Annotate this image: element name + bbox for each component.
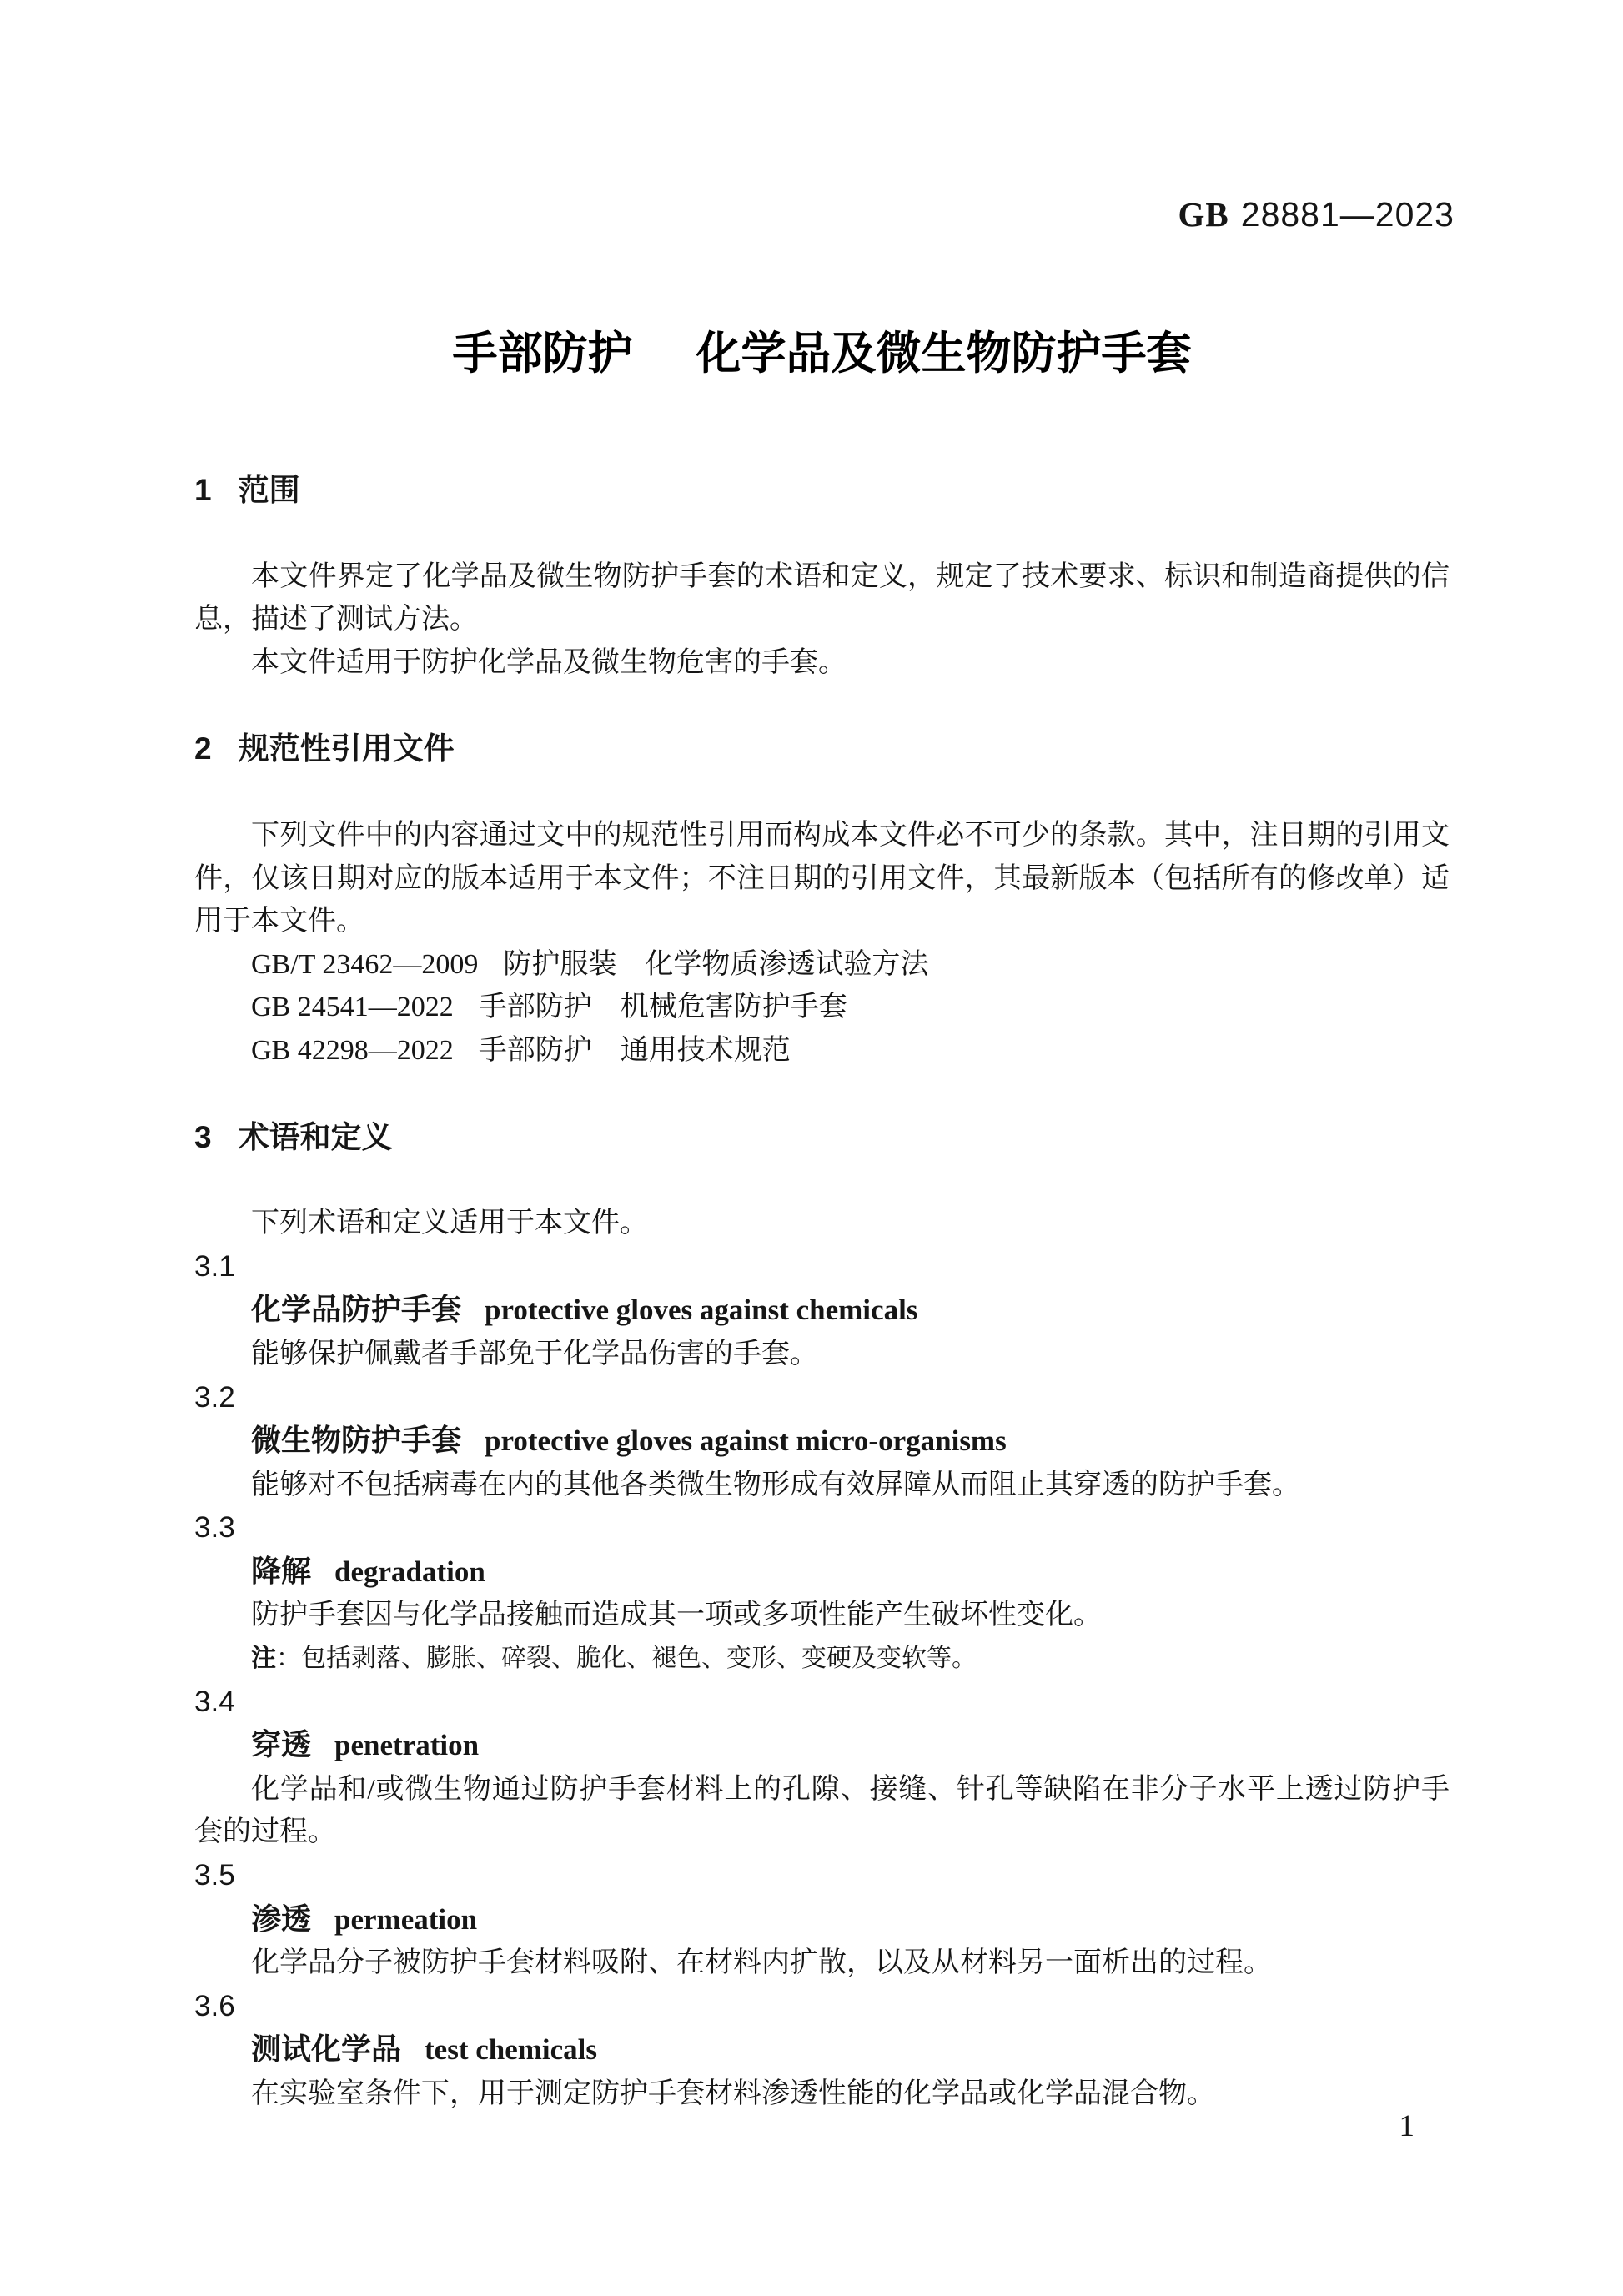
section-2-heading: 2规范性引用文件	[194, 727, 1450, 771]
term-3-4-number: 3.4	[194, 1681, 1450, 1724]
document-body: 1范围 本文件界定了化学品及微生物防护手套的术语和定义，规定了技术要求、标识和制…	[194, 469, 1450, 2116]
section-3-intro: 下列术语和定义适用于本文件。	[194, 1202, 1450, 1245]
term-3-4-zh: 穿透	[251, 1727, 311, 1761]
term-3-3-en: degradation	[334, 1555, 485, 1588]
reference-code: GB 24541—2022	[251, 992, 454, 1022]
reference-title: 手部防护 机械危害防护手套	[479, 992, 847, 1022]
term-3-3-heading: 降解degradation	[194, 1550, 1450, 1595]
term-3-3-note: 注：包括剥落、膨胀、碎裂、脆化、褪色、变形、变硬及变软等。	[194, 1637, 1450, 1681]
term-3-3-definition: 防护手套因与化学品接触而造成其一项或多项性能产生破坏性变化。	[194, 1594, 1450, 1637]
section-1-number: 1	[194, 473, 212, 507]
section-3-heading: 3术语和定义	[194, 1116, 1450, 1159]
reference-title: 手部防护 通用技术规范	[479, 1035, 791, 1066]
term-3-6-zh: 测试化学品	[251, 2032, 401, 2066]
term-3-6-definition: 在实验室条件下，用于测定防护手套材料渗透性能的化学品或化学品混合物。	[194, 2072, 1450, 2116]
reference-item: GB 24541—2022手部防护 机械危害防护手套	[194, 986, 1450, 1029]
term-3-1-definition: 能够保护佩戴者手部免于化学品伤害的手套。	[194, 1333, 1450, 1376]
term-3-1-number: 3.1	[194, 1245, 1450, 1289]
note-text: ：包括剥落、膨胀、碎裂、脆化、褪色、变形、变硬及变软等。	[276, 1645, 977, 1672]
term-3-2-number: 3.2	[194, 1376, 1450, 1419]
section-2-title: 规范性引用文件	[239, 731, 455, 766]
term-3-2-heading: 微生物防护手套protective gloves against micro-o…	[194, 1419, 1450, 1464]
reference-item: GB/T 23462—2009防护服装 化学物质渗透试验方法	[194, 943, 1450, 987]
term-3-4-heading: 穿透penetration	[194, 1723, 1450, 1768]
section-1-title: 范围	[239, 473, 300, 507]
term-3-3-zh: 降解	[251, 1554, 311, 1588]
term-3-5-en: permeation	[334, 1903, 477, 1936]
term-3-4-definition: 化学品和/或微生物通过防护手套材料上的孔隙、接缝、针孔等缺陷在非分子水平上透过防…	[194, 1768, 1450, 1854]
term-3-3-number: 3.3	[194, 1506, 1450, 1550]
standard-code-prefix: GB	[1178, 195, 1229, 234]
standard-code-number: 28881—2023	[1241, 195, 1455, 234]
document-title-part2: 化学品及微生物防护手套	[696, 329, 1192, 379]
term-3-1-heading: 化学品防护手套protective gloves against chemica…	[194, 1288, 1450, 1333]
term-3-2-zh: 微生物防护手套	[251, 1423, 461, 1457]
section-2-number: 2	[194, 731, 212, 766]
document-title: 手部防护化学品及微生物防护手套	[194, 326, 1450, 381]
page-number: 1	[1399, 2105, 1415, 2148]
section-3-number: 3	[194, 1120, 212, 1154]
term-3-2-definition: 能够对不包括病毒在内的其他各类微生物形成有效屏障从而阻止其穿透的防护手套。	[194, 1464, 1450, 1507]
standard-number: GB28881—2023	[1178, 195, 1455, 234]
term-3-1-zh: 化学品防护手套	[251, 1292, 461, 1326]
section-2-paragraph: 下列文件中的内容通过文中的规范性引用而构成本文件必不可少的条款。其中，注日期的引…	[194, 814, 1450, 943]
reference-title: 防护服装 化学物质渗透试验方法	[503, 949, 928, 980]
term-3-6-number: 3.6	[194, 1985, 1450, 2028]
document-page: GB28881—2023 手部防护化学品及微生物防护手套 1范围 本文件界定了化…	[0, 0, 1623, 2296]
term-3-5-number: 3.5	[194, 1854, 1450, 1897]
term-3-5-zh: 渗透	[251, 1902, 311, 1936]
term-3-4-en: penetration	[334, 1729, 479, 1761]
term-3-6-heading: 测试化学品test chemicals	[194, 2027, 1450, 2072]
reference-code: GB/T 23462—2009	[251, 949, 478, 980]
section-3-title: 术语和定义	[239, 1120, 393, 1154]
term-3-6-en: test chemicals	[425, 2033, 597, 2066]
term-3-1-en: protective gloves against chemicals	[485, 1294, 917, 1326]
term-3-2-en: protective gloves against micro-organism…	[485, 1424, 1007, 1457]
note-label: 注	[251, 1645, 276, 1672]
document-title-part1: 手部防护	[453, 329, 633, 379]
section-1-paragraph: 本文件适用于防护化学品及微生物危害的手套。	[194, 641, 1450, 685]
term-3-5-definition: 化学品分子被防护手套材料吸附、在材料内扩散，以及从材料另一面析出的过程。	[194, 1942, 1450, 1985]
reference-item: GB 42298—2022手部防护 通用技术规范	[194, 1029, 1450, 1073]
section-1-paragraph: 本文件界定了化学品及微生物防护手套的术语和定义，规定了技术要求、标识和制造商提供…	[194, 555, 1450, 641]
section-1-heading: 1范围	[194, 469, 1450, 512]
reference-code: GB 42298—2022	[251, 1035, 454, 1066]
term-3-5-heading: 渗透permeation	[194, 1897, 1450, 1942]
